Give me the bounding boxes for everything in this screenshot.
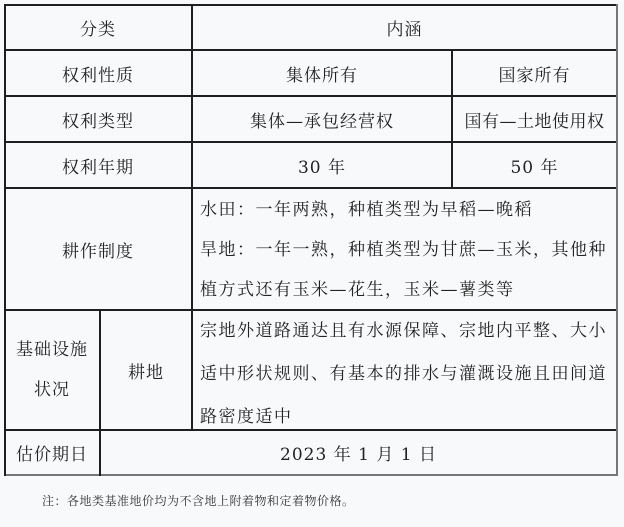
- infrastructure-sublabel: 耕地: [100, 310, 192, 430]
- infrastructure-label: 基础设施 状况: [4, 310, 100, 430]
- rights-type-label: 权利类型: [4, 96, 192, 142]
- valuation-date-label: 估价期日: [4, 430, 100, 475]
- footnote: 注：各地类基准地价均为不含地上附着物和定着物价格。: [42, 492, 355, 509]
- farming-line-3: 植方式还有玉米—花生，玉米—薯类等: [200, 270, 609, 310]
- infrastructure-line-1: 宗地外道路通达且有水源保障、宗地内平整、大小: [200, 310, 609, 353]
- farming-line-1: 水田：一年两熟，种植类型为早稻—晚稻: [200, 190, 609, 230]
- rights-term-collective: 30 年: [192, 142, 452, 188]
- infrastructure-line-2: 适中形状规则、有基本的排水与灌溉设施且田间道: [200, 353, 609, 396]
- infrastructure-label-line1: 基础设施: [16, 330, 88, 370]
- rights-type-collective: 集体—承包经营权: [192, 96, 452, 142]
- infrastructure-content: 宗地外道路通达且有水源保障、宗地内平整、大小 适中形状规则、有基本的排水与灌溉设…: [192, 310, 617, 430]
- rights-term-label: 权利年期: [4, 142, 192, 188]
- farming-line-2: 旱地：一年一熟，种植类型为甘蔗—玉米，其他种: [200, 230, 609, 270]
- rights-term-state: 50 年: [452, 142, 617, 188]
- rights-nature-state: 国家所有: [452, 50, 617, 96]
- rights-type-state: 国有—土地使用权: [452, 96, 617, 142]
- valuation-date-value: 2023 年 1 月 1 日: [100, 430, 617, 475]
- farming-system-content: 水田：一年两熟，种植类型为早稻—晚稻 旱地：一年一熟，种植类型为甘蔗—玉米，其他…: [192, 188, 617, 310]
- rights-nature-collective: 集体所有: [192, 50, 452, 96]
- header-category: 分类: [4, 4, 192, 50]
- header-content: 内涵: [192, 4, 617, 50]
- rights-nature-label: 权利性质: [4, 50, 192, 96]
- farming-system-label: 耕作制度: [4, 188, 192, 310]
- infrastructure-label-line2: 状况: [34, 370, 70, 410]
